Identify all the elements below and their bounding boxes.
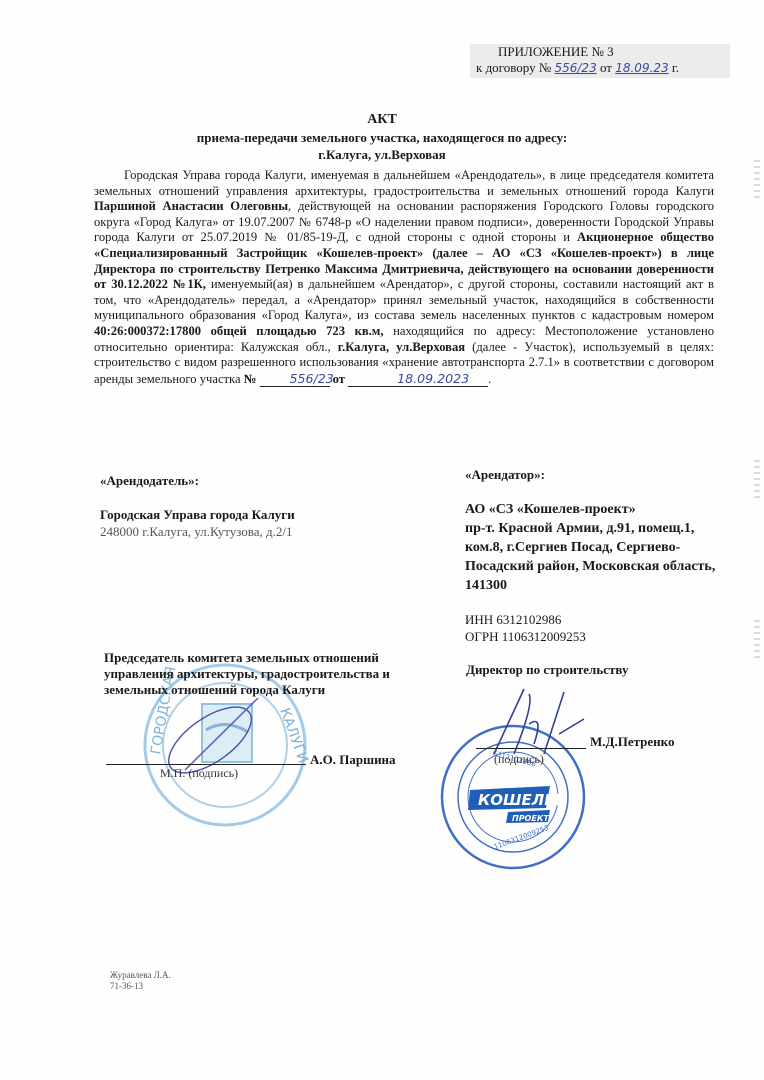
lessee-address: пр-т. Красной Армии, д.91, помещ.1, ком.… bbox=[465, 519, 735, 595]
cadastral-number-area: 40:26:000372:17800 общей площадью 723 кв… bbox=[94, 324, 384, 338]
svg-text:1106312009253: 1106312009253 bbox=[493, 824, 550, 851]
lease-from-label: от bbox=[333, 372, 345, 386]
lessee-inn: ИНН 6312102986 bbox=[465, 611, 735, 628]
contract-date-handwritten: 18.09.23 bbox=[615, 61, 668, 75]
document-title: АКТ bbox=[0, 112, 764, 128]
appendix-contract-ref: к договору № 556/23 от 18.09.23 г. bbox=[476, 60, 679, 76]
document-address: г.Калуга, ул.Верховая bbox=[0, 147, 764, 163]
lessor-signature-caption: М.П. (подпись) bbox=[160, 766, 238, 781]
svg-text:КОШЕЛЕВ: КОШЕЛЕВ bbox=[478, 791, 566, 809]
contract-ref-from: от bbox=[600, 60, 612, 75]
lessor-signer-name: А.О. Паршина bbox=[310, 752, 396, 768]
appendix-title: ПРИЛОЖЕНИЕ № 3 bbox=[498, 44, 614, 60]
lessor-block: «Арендодатель»: Городская Управа города … bbox=[100, 472, 410, 540]
lessee-name: АО «СЗ «Кошелев-проект» bbox=[465, 500, 735, 519]
scan-edge-artifact bbox=[754, 620, 760, 660]
plot-address: г.Калуга, ул.Верховая bbox=[338, 340, 465, 354]
lease-number-sign: № bbox=[244, 372, 257, 386]
act-body-paragraph: Городская Управа города Калуги, именуема… bbox=[94, 168, 714, 387]
lessor-name: Городская Управа города Калуги bbox=[100, 506, 410, 523]
executor-name: Журавлева Л.А. bbox=[110, 970, 171, 981]
scan-edge-artifact bbox=[754, 160, 760, 200]
lessor-representative-name: Паршиной Анастасии Олеговны bbox=[94, 199, 288, 213]
lessee-signature-line bbox=[476, 748, 586, 749]
lessee-signature-caption: (подпись) bbox=[494, 752, 544, 767]
document-footer: Журавлева Л.А. 71-36-13 bbox=[110, 970, 171, 992]
scan-edge-artifact bbox=[754, 460, 760, 500]
lessor-address: 248000 г.Калуга, ул.Кутузова, д.2/1 bbox=[100, 523, 410, 540]
lessee-signer-title: Директор по строительству bbox=[466, 662, 628, 678]
lease-date-handwritten: 18.09.2023 bbox=[348, 371, 488, 388]
contract-ref-prefix: к договору № bbox=[476, 60, 551, 75]
executor-phone: 71-36-13 bbox=[110, 981, 171, 992]
lessor-signer-title: Председатель комитета земельных отношени… bbox=[104, 650, 424, 698]
lessor-signature-line bbox=[106, 764, 306, 765]
lessee-label: «Арендатор»: bbox=[465, 466, 735, 483]
lessee-signer-name: М.Д.Петренко bbox=[590, 734, 674, 750]
lessee-ogrn: ОГРН 1106312009253 bbox=[465, 628, 735, 645]
lessor-label: «Арендодатель»: bbox=[100, 472, 410, 489]
appendix-header: ПРИЛОЖЕНИЕ № 3 к договору № 556/23 от 18… bbox=[470, 44, 730, 78]
lease-number-handwritten: 556/23 bbox=[260, 371, 330, 388]
document-subtitle: приема-передачи земельного участка, нахо… bbox=[0, 130, 764, 146]
body-text-1: Городская Управа города Калуги, именуема… bbox=[94, 168, 714, 198]
body-end: . bbox=[488, 372, 491, 386]
lessee-block: «Арендатор»: АО «СЗ «Кошелев-проект» пр-… bbox=[465, 466, 735, 645]
contract-number-handwritten: 556/23 bbox=[554, 61, 596, 75]
contract-ref-suffix: г. bbox=[672, 60, 679, 75]
document-page: ПРИЛОЖЕНИЕ № 3 к договору № 556/23 от 18… bbox=[0, 0, 764, 1080]
svg-text:ПРОЕКТ: ПРОЕКТ bbox=[512, 814, 549, 823]
